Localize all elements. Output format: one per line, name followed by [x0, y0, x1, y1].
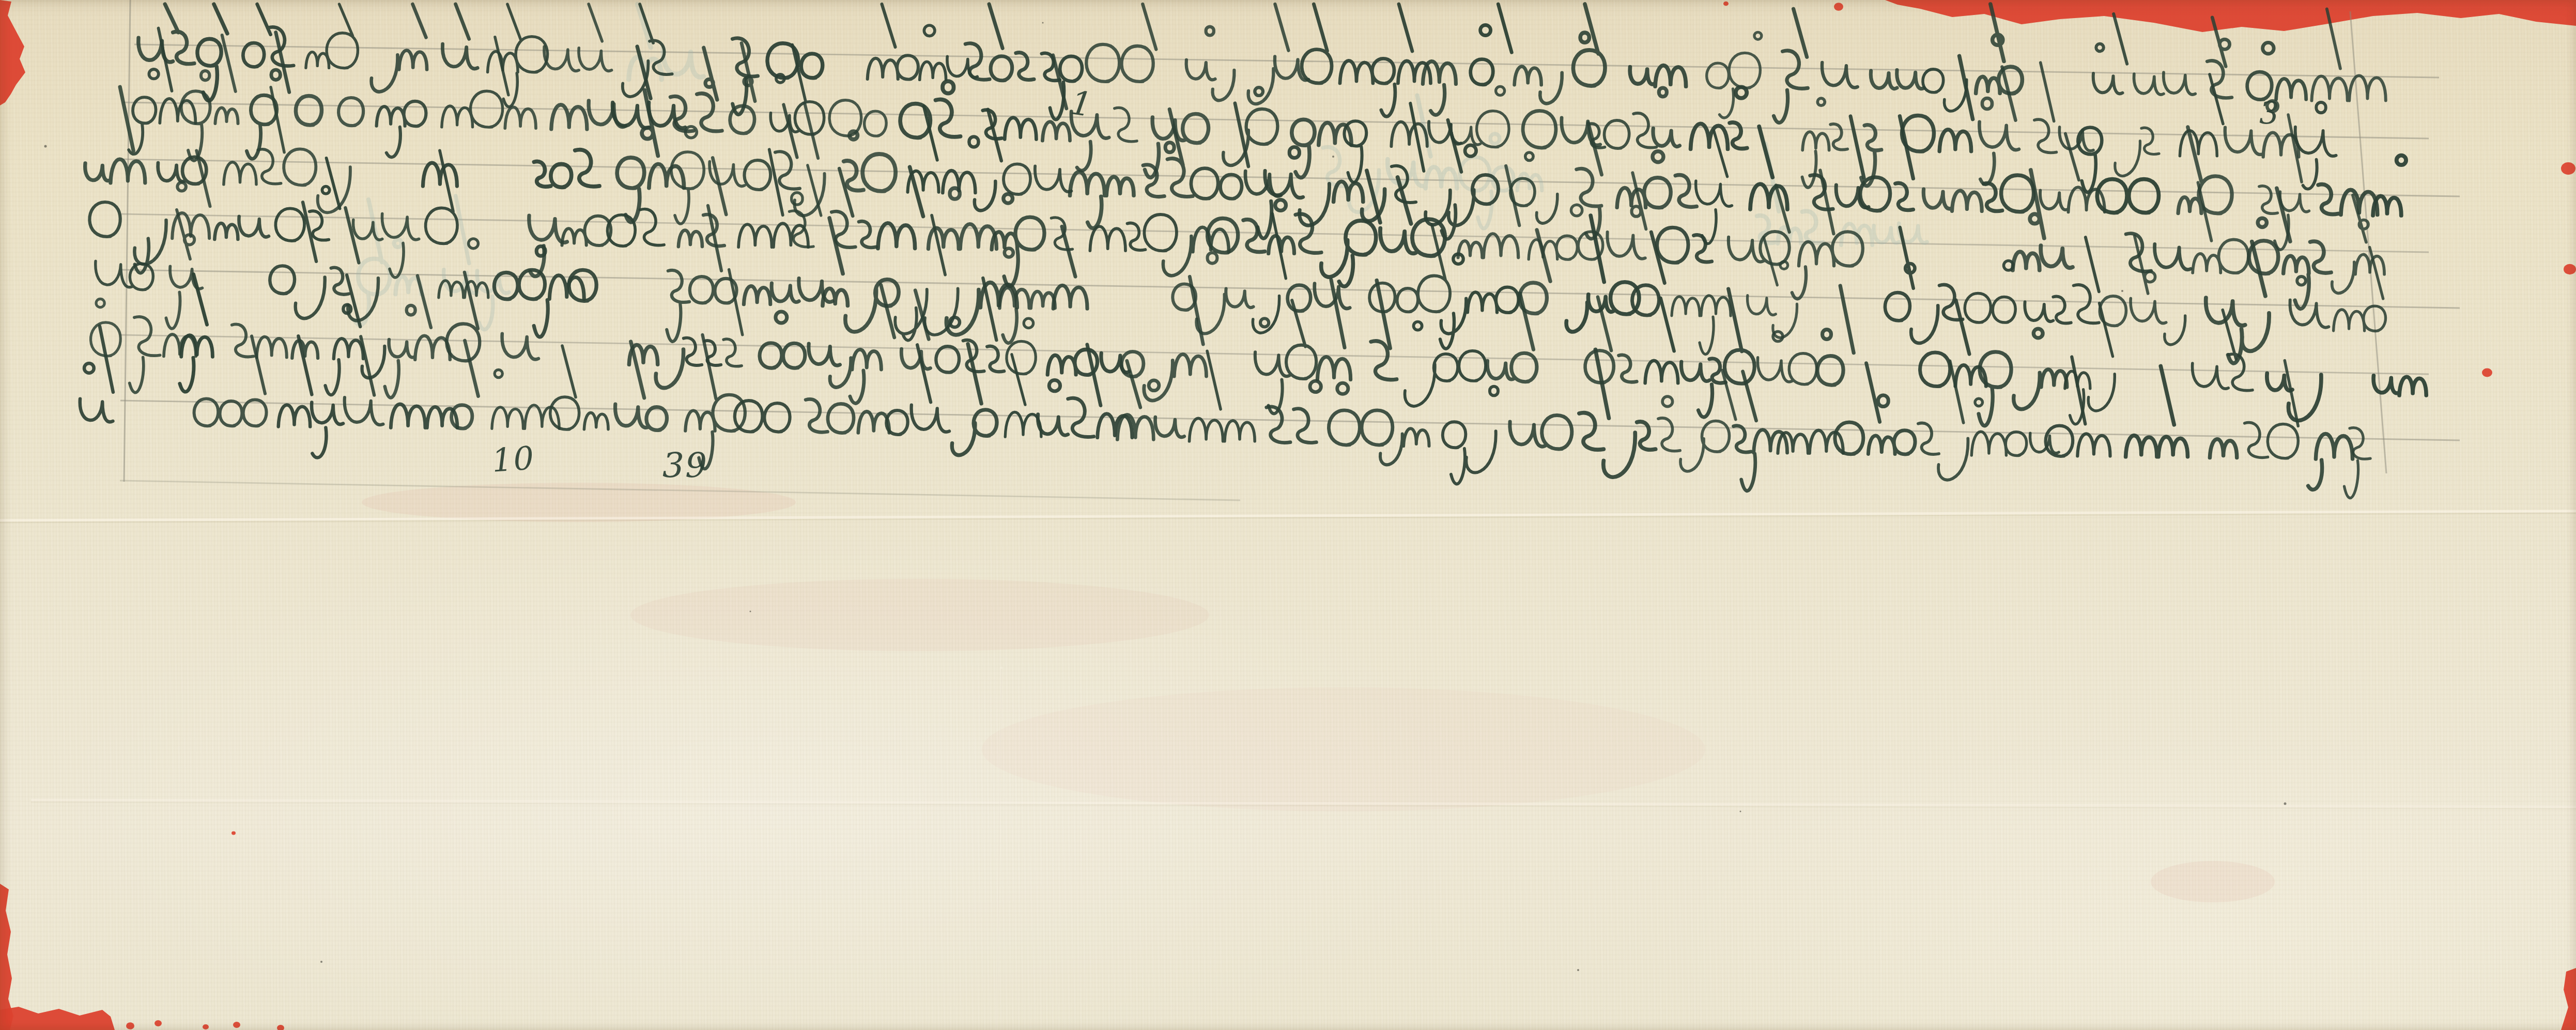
handwriting-line-segment [1757, 332, 1816, 385]
handwriting-line-segment [292, 341, 318, 358]
handwriting-line-segment [544, 4, 612, 71]
handwriting-line-segment [1871, 70, 1924, 89]
handwriting-line-segment [1005, 355, 1041, 437]
handwriting-line-segment [214, 217, 269, 239]
red-edge-bottom-left [0, 1007, 115, 1030]
handwriting-line-segment [732, 38, 758, 115]
handwriting-line-segment [1607, 173, 1646, 258]
red-paint-dot [155, 1020, 162, 1026]
red-paint-dot [126, 1022, 134, 1029]
handwriting-line-segment [2178, 127, 2232, 213]
numeral-mark: 10 [491, 442, 536, 477]
handwriting-line-segment [96, 261, 153, 290]
handwriting-line-segment [1979, 329, 2067, 426]
handwriting-line-segment [2267, 373, 2321, 420]
handwriting-line-segment [562, 216, 611, 245]
paper-speck [320, 961, 322, 963]
handwriting-line-segment [2247, 42, 2306, 99]
handwriting-line-segment [2318, 185, 2378, 215]
handwriting-line-segment [1923, 69, 1967, 111]
handwriting-line-segment [1817, 286, 1854, 385]
handwriting-line-segment [1090, 214, 1177, 251]
handwriting-line-segment [1004, 164, 1071, 194]
handwriting-line-segment [2046, 357, 2110, 456]
handwriting-line-segment [423, 163, 457, 186]
handwriting-line-segment [1682, 289, 1755, 417]
handwriting-line-segment [80, 326, 113, 422]
margin-line [124, 0, 130, 482]
paper-stain [2151, 861, 2275, 902]
handwriting-line-segment [1317, 280, 1350, 380]
handwriting-line-segment [830, 285, 894, 403]
paper-speck [2284, 803, 2287, 805]
handwriting-line-segment [1529, 205, 1603, 259]
paper-crease-shadow [997, 669, 1001, 1030]
handwriting-line-segment [138, 4, 194, 64]
handwriting-line-segment [1515, 67, 1562, 104]
handwriting-line-segment [760, 312, 840, 368]
handwriting-line-segment [284, 149, 350, 212]
handwriting-line-segment [1792, 171, 1863, 299]
red-paint-dot [2561, 162, 2575, 175]
handwriting-line-segment [1653, 88, 1679, 146]
handwriting-line-segment [1965, 261, 2015, 323]
handwriting-line-segment [534, 150, 599, 188]
handwriting-line-segment [270, 202, 325, 318]
handwriting-line-segment [1258, 147, 1330, 238]
handwriting-line-segment [1255, 300, 1316, 413]
red-edge-left-top [0, 0, 25, 105]
handwriting-line-segment [1007, 318, 1036, 374]
handwriting-line-segment [1658, 370, 1736, 471]
handwriting-line-segment [744, 279, 832, 304]
handwriting-line-segment [232, 324, 287, 357]
handwriting-line-segment [684, 338, 721, 365]
handwriting-line-segment [1380, 428, 1429, 465]
handwriting-line-segment [488, 4, 548, 107]
paper-crease [0, 511, 2576, 520]
handwriting-line-segment [667, 206, 736, 342]
handwriting-line-segment [2206, 242, 2269, 363]
handwriting-line-segment [338, 98, 363, 126]
handwriting-line-segment [1288, 284, 1350, 311]
handwriting-line-segment [2259, 115, 2309, 250]
handwriting-line-segment [2193, 182, 2248, 273]
red-paint-dot [277, 1025, 284, 1030]
paper-speck [2121, 290, 2123, 292]
handwriting-line-segment [1443, 387, 1498, 484]
handwriting-line-segment [243, 4, 294, 67]
handwriting-line-segment [1070, 172, 1134, 228]
handwriting-line-segment [2126, 366, 2188, 456]
handwriting-line-segment [1707, 32, 1762, 118]
handwriting-line-segment [194, 336, 267, 426]
numeral-mark: 39 [662, 449, 708, 483]
paper-speck [750, 611, 751, 612]
handwriting-line-segment [1115, 107, 1137, 141]
handwriting-line-segment [1329, 383, 1392, 445]
handwriting-line-segment [868, 4, 918, 79]
handwriting-line-segment [197, 4, 227, 101]
handwriting-line-segment [180, 274, 213, 392]
handwriting-line-segment [1471, 4, 1512, 85]
red-paint-dot [1834, 3, 1843, 10]
paper-speck [1740, 811, 1741, 812]
numeral-mark: 1 [1069, 86, 1095, 122]
handwriting-line-segment [505, 107, 536, 128]
handwriting-line-segment [492, 370, 559, 429]
handwriting-line-segment [2093, 14, 2127, 94]
handwriting-line-segment [1371, 281, 1397, 380]
handwriting-line-segment [1630, 66, 1686, 87]
red-paint-dot [1723, 2, 1729, 6]
handwriting-line-segment [1387, 96, 1457, 189]
handwriting-line-segment [2013, 170, 2073, 270]
handwriting-line-segment [1750, 127, 1787, 209]
handwriting-line-segment [1774, 9, 1808, 122]
handwriting-line-segment [1487, 294, 1537, 382]
handwriting-line-segment [306, 4, 358, 68]
handwriting-line-segment [1302, 4, 1332, 83]
handwriting-line-segment [442, 4, 477, 69]
handwriting-line-segment [829, 100, 886, 136]
handwriting-line-segment [1573, 4, 1605, 86]
handwriting-line-segment [629, 4, 704, 80]
red-paint-dot [232, 832, 236, 835]
paper-stain [982, 687, 1705, 811]
handwriting-line-segment [166, 210, 202, 329]
handwriting-line-segment [1729, 185, 1790, 264]
handwriting-line-segment [2308, 434, 2353, 490]
handwriting-line-segment [1588, 113, 1656, 148]
handwriting-line-segment [1208, 219, 1265, 253]
handwriting-line-segment [130, 317, 196, 393]
red-paint-dot [233, 1022, 240, 1028]
handwriting-line-segment [2097, 179, 2158, 213]
red-edge-right-bottom [2561, 968, 2576, 1030]
handwriting-line-segment [730, 43, 755, 134]
handwriting-line-segment [844, 131, 896, 191]
handwriting-line-segment [678, 158, 726, 247]
handwriting-line-segment [794, 103, 824, 216]
manuscript-page: 131039 [0, 0, 2576, 1030]
handwriting-line-segment [2134, 72, 2196, 95]
handwriting-line-segment [502, 334, 538, 360]
handwriting-line-segment [1190, 351, 1255, 441]
handwriting-line-segment [377, 101, 426, 157]
handwriting-line-segment [965, 4, 1034, 81]
paper-speck [44, 145, 47, 148]
handwriting-line-segment [1617, 151, 1696, 208]
handwriting-line-segment [89, 202, 120, 237]
stain-group [362, 483, 2275, 902]
handwriting-line-segment [878, 167, 923, 248]
handwriting-line-segment [442, 37, 508, 127]
paper-speck [1332, 156, 1334, 158]
handwriting-line-segment [1691, 87, 1747, 149]
handwriting-line-segment [391, 404, 457, 428]
handwriting-line-segment [181, 35, 238, 161]
paper-speck [1042, 22, 1044, 24]
red-paint-dot [203, 1024, 209, 1029]
handwriting-line-segment [2034, 63, 2093, 152]
handwriting-line-segment [670, 48, 722, 131]
handwriting-line-segment [1734, 372, 1787, 491]
handwriting-line-segment [1835, 363, 1915, 454]
handwriting-line-segment [2165, 316, 2185, 345]
paper-speck [1577, 969, 1579, 971]
handwriting-line-segment [2210, 439, 2236, 458]
handwriting-line-segment [1918, 361, 1968, 480]
handwriting-line-segment [992, 194, 1044, 286]
handwriting-line-segment [1822, 63, 1858, 87]
handwriting-line-segment [1051, 218, 1072, 250]
handwriting-line-segment [723, 270, 743, 366]
numeral-mark: 3 [2259, 98, 2280, 129]
handwriting-line-segment [1923, 189, 1982, 211]
handwriting-line-segment [886, 345, 949, 435]
handwriting-line-segment [1510, 416, 1572, 449]
handwriting-line-segment [2115, 128, 2159, 176]
handwriting-line-segment [1672, 296, 1731, 355]
handwriting-line-segment [1186, 27, 1235, 101]
handwriting-line-segment [296, 96, 321, 125]
handwriting-group [80, 4, 2426, 498]
handwriting-line-segment [2373, 376, 2426, 395]
handwriting-line-segment [1267, 381, 1321, 442]
handwriting-line-segment [1579, 350, 1656, 478]
handwriting-line-segment [1657, 227, 1712, 263]
manuscript-art [0, 0, 2576, 1030]
handwriting-line-segment [1086, 4, 1156, 82]
red-paint-dot [2564, 264, 2576, 274]
paper-stain [630, 579, 1209, 651]
red-paint-dot [2482, 368, 2492, 377]
handwriting-line-segment [1392, 103, 1424, 203]
handwriting-line-segment [806, 399, 889, 433]
handwriting-line-segment [1440, 254, 1519, 349]
